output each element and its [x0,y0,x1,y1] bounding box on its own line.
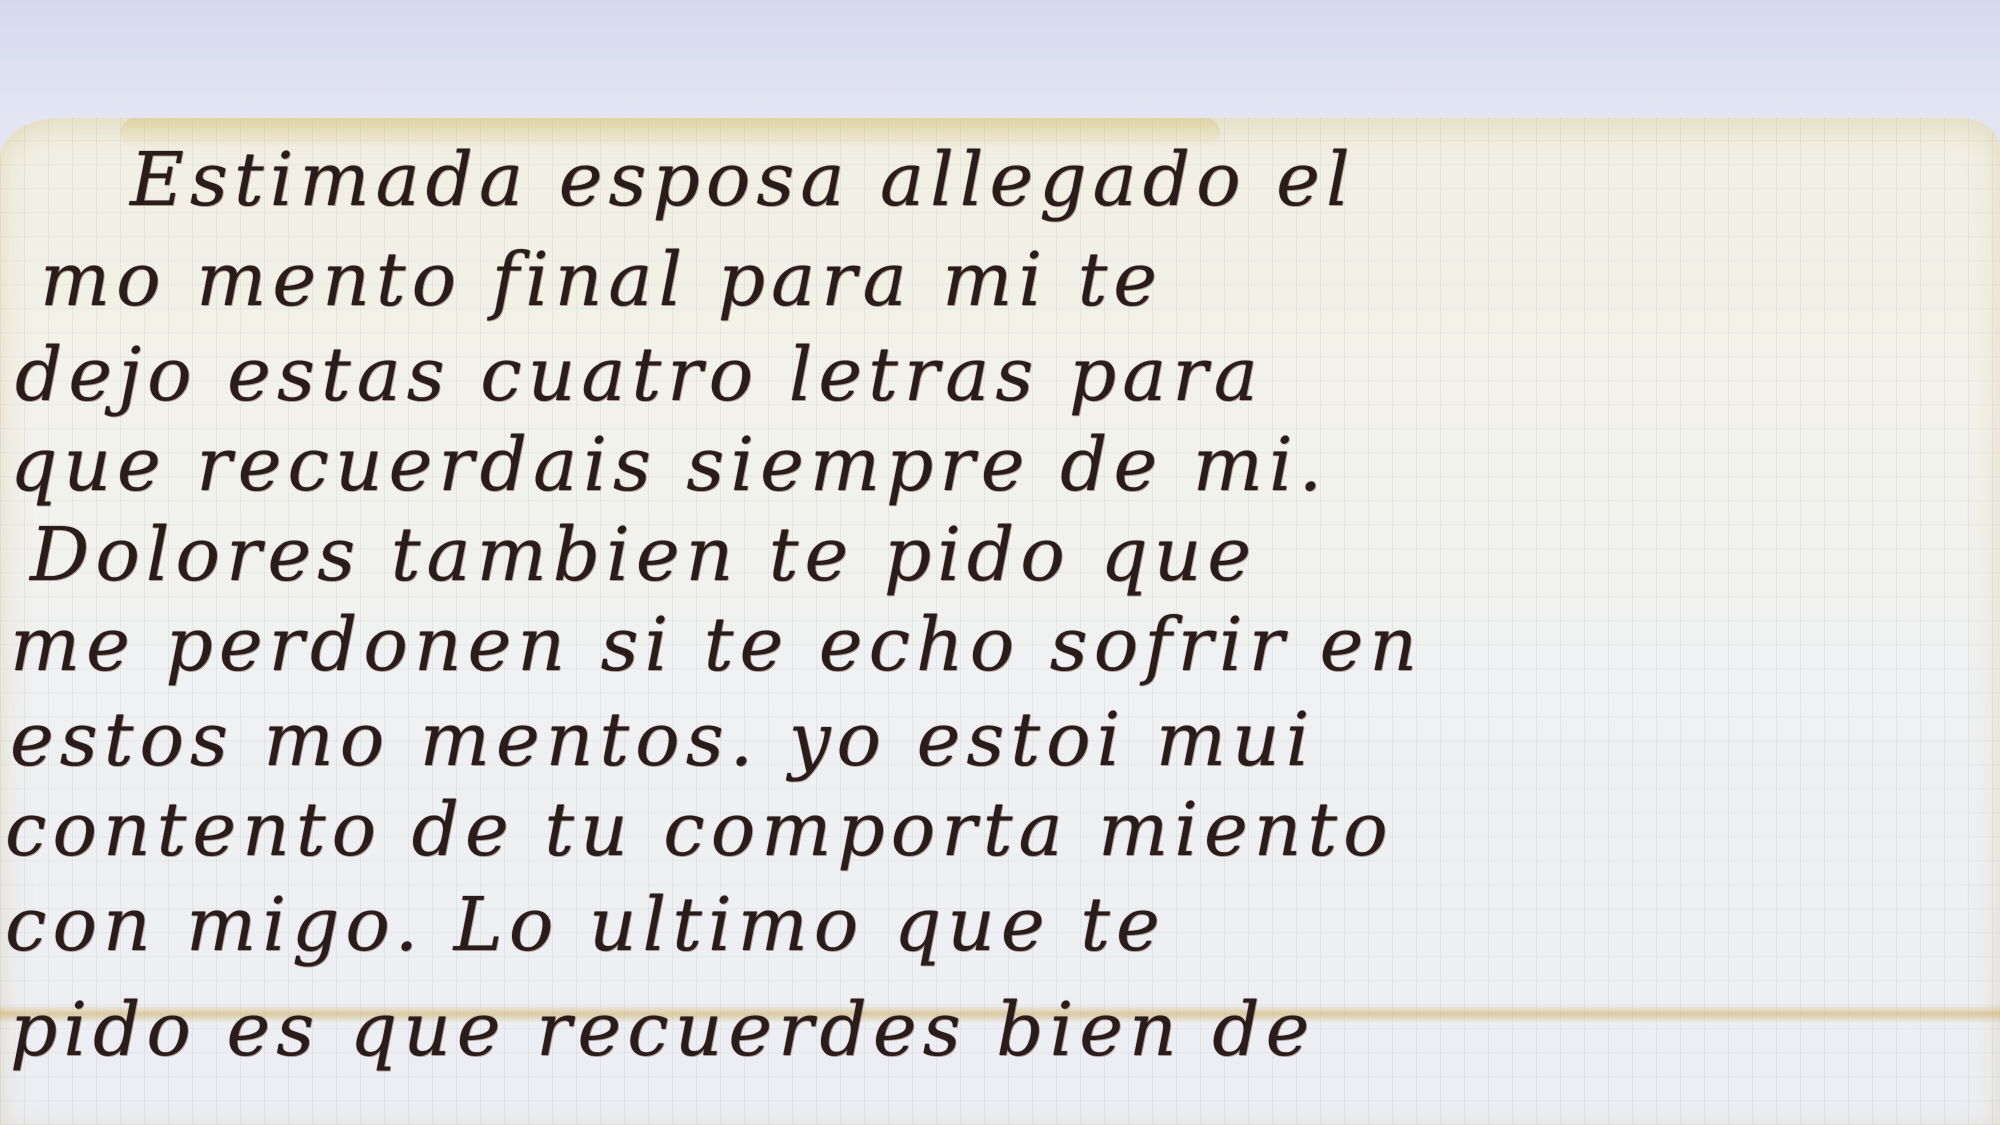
letter-line-5: Dolores tambien te pido que [30,510,1257,600]
letter-line-9: con migo. Lo ultimo que te [5,880,1166,970]
letter-line-8: contento de tu comporta miento [5,785,1394,875]
letter-line-1: Estimada esposa allegado el [130,135,1356,225]
letter-line-7: estos mo mentos. yo estoi mui [10,695,1315,785]
letter-line-6: me perdonen si te echo sofrir en [10,600,1423,690]
letter-line-4: que recuerdais siempre de mi. [10,420,1328,510]
letter-line-3: dejo estas cuatro letras para [15,330,1264,420]
letter-line-2: mo mento final para mi te [40,235,1163,325]
letter-line-10: pido es que recuerdes bien de [10,985,1315,1075]
handwritten-letter: Estimada esposa allegado el mo mento fin… [0,0,2000,1125]
